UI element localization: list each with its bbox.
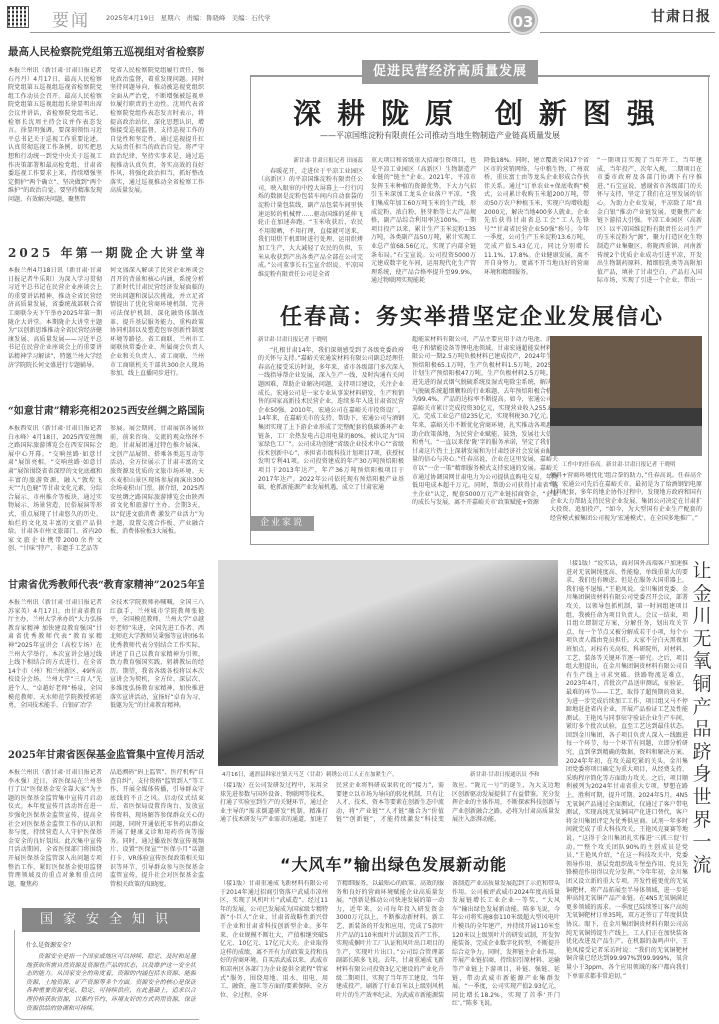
photo-caption: 工作中的任春高。新甘肃·甘肃日报记者 于晓明	[562, 460, 676, 468]
article-col: 参展。展会期间，甘肃展馆各展位前，前来咨询、交流的观众络绎不绝。甘肃展团通过特色…	[110, 425, 204, 567]
article-tourism-expo: “如意甘肃”精彩亮相2025西安丝绸之路国际旅游博览会 本报西安讯（新甘肃·甘肃…	[8, 402, 204, 567]
date: 2025年4月19日	[106, 14, 154, 22]
article-procuratorate: 最高人民检察院党组第五巡视组对省检察院党组开展巡视 本报兰州讯（新甘肃·甘肃日报…	[8, 44, 204, 219]
entrepreneur-tag: 企业家说	[250, 516, 314, 531]
feature-subtitle: ——平凉国维淀粉有限责任公司推动当地生物制造产业链高质量发展	[320, 130, 560, 141]
designer: 美编：石代学	[232, 14, 271, 22]
article-col: 何文盛深入解读了民营企业座谈会召开的背景和核心内涵，系统分析了新时代甘肃民营经济…	[110, 267, 204, 395]
article-col: 超能炭材料有限公司，产品主要应用于动力电池、消费电子和储能设备等锂电池领域。甘肃…	[412, 336, 558, 542]
feature-body: 新甘肃·甘肃日报记者 田丽蕊 春暖花开，走进位于平凉工业园区（高新区）的平凉国维…	[258, 157, 702, 285]
article-title: 最高人民检察院党组第五巡视组对省检察院党组开展巡视	[8, 44, 204, 59]
national-security-qa: 什么是资源安全？ 资源安全是指一个国家或地区可以持续、稳定、及时和足量地获取所需…	[26, 940, 196, 1013]
page-header: 要闻 2025年4月19日 星期六 责编：鲁晓峰 美编：石代学 03 甘肃日报	[0, 0, 719, 34]
article-col: 本报兰州4月18日讯（新甘肃·甘肃日报记者牛乐阳）为深入学习贯彻习近平总书记在民…	[8, 267, 102, 395]
middle-text: （接1版）在公司发研发过程中，采用全球先进参数与国外设备、物联网等技术，打通了实…	[220, 782, 560, 824]
article-col: “一期项目实现了当年开工、当年建成、当年投产、次年入规，二期项目在市委市政府及各…	[597, 157, 702, 285]
masthead-logo: 甘肃日报	[651, 6, 711, 26]
date-line: 2025年4月19日 星期六 责编：鲁晓峰 美编：石代学	[106, 13, 271, 22]
renchungao-photo	[550, 336, 702, 456]
article-col: 本报西安讯（新甘肃·甘肃日报记者白永峰）4月18日，2025西安丝绸之路国际旅游…	[8, 425, 102, 567]
article-col: 本报兰州讯（新甘肃·甘肃日报记者苏家英）4月17日，由甘肃省教育厅主办、兰州大学…	[8, 599, 102, 724]
renchungao-body: 新甘肃·甘肃日报记者 于晓明 “扎根甘肃14年，我们深刻感受到了各级党委政府的关…	[258, 336, 558, 542]
article-col: 品追溯码“码上监管”、医疗机构“自查自纠”、支付资格“监管到人”等工作，开展全媒…	[110, 769, 204, 903]
factory-photo	[218, 560, 558, 766]
national-security-banner: 国家安全知识问答	[22, 908, 200, 932]
renchungao-col3: 倾斜+营商环境优化’组合拳的助力，”任春高说。任春高介绍，宏通公司先后在嘉峪关市…	[550, 472, 702, 538]
jinchuan-vertical-title: 让金川无氧铜产品跻身世界一流	[690, 560, 714, 876]
editor: 责编：鲁晓峰	[186, 14, 225, 22]
article-col: 新甘肃·甘肃日报记者 田丽蕊 春暖花开，走进位于平凉工业园区（高新区）的平凉国维…	[258, 157, 363, 285]
article-lecture: 2025 年第一期陇企大讲堂举办 本报兰州4月18日讯（新甘肃·甘肃日报记者牛乐…	[8, 244, 204, 395]
article-title: 2025年甘肃省医保基金监管集中宣传月活动举行	[8, 746, 204, 761]
header-rule-left	[30, 32, 510, 33]
article-col: 全技术学院教师孙喊喊，全国三八红旗手、兰州城市学院教师张艳平，全国模范教师、兰州…	[110, 599, 204, 724]
header-rule-right	[540, 32, 715, 33]
byline: 新甘肃·甘肃日报记者 于晓明	[258, 336, 404, 345]
factory-credit: 新甘肃·甘肃日报通讯员 李和	[470, 770, 540, 778]
renchungao-title: 任春高：务实举措坚定企业发展信心	[280, 300, 664, 331]
article-title: 2025 年第一期陇企大讲堂举办	[8, 244, 204, 261]
windmill-title: “大风车”输出绿色发展新动能	[280, 852, 507, 875]
feature-kicker: 促进民营经济高质量发展	[362, 60, 538, 84]
windmill-body: （接1版）甘肃重通成飞新材料有限公司于2014年通过招商引资落户武威市凉州区，实…	[220, 880, 560, 1020]
jinchuan-article: （接1版）“说实话，面对国外高端客户加速推进对无氧铜纯度高、性能稳、单线重量大的…	[566, 560, 688, 1020]
feature-title: 深耕陇原 创新图强	[262, 92, 702, 132]
weekday: 星期六	[161, 14, 181, 22]
article-medical-insurance: 2025年甘肃省医保基金监管集中宣传月活动举行 本报兰州讯（新甘肃·甘肃日报记者…	[8, 746, 204, 903]
article-col: 本报兰州讯（新甘肃·甘肃日报记者李永强）近日，省医保局在兰州举行了以“医保基金安…	[8, 769, 102, 903]
page-number: 03	[509, 6, 537, 34]
article-title: 甘肃省优秀教师代表“教育家精神”2025年宣讲会举行	[8, 576, 204, 591]
answer: 资源安全是指一个国家或地区可以持续、稳定、及时和足量地获取所需自然资源及资源性产…	[26, 953, 196, 1013]
section-label: 要闻	[52, 6, 90, 31]
article-col: 新甘肃·甘肃日报记者 于晓明 “扎根甘肃14年，我们深刻感受到了各级党委政府的关…	[258, 336, 404, 542]
byline: 新甘肃·甘肃日报记者 田丽蕊	[258, 157, 363, 166]
article-col: 党省人民检察院党组履行责任，强化政治监督，着重发现问题。同时坚持问题导向，推动被…	[110, 67, 204, 219]
article-col: 降低18%。同时，建立覆盖全国17个省区市的营销网络，与中粮生物、广州双桥、重庆…	[484, 157, 589, 285]
question: 什么是资源安全？	[26, 940, 196, 949]
article-col: 本报兰州讯（新甘肃·甘肃日报记者石丹丹）4月17日，最高人民检察院党组第五巡视组…	[8, 67, 102, 219]
qr-code-icon	[8, 7, 28, 27]
factory-caption: 4月16日，通渭县韩家庄镇天马芝（甘肃）刺绣公司工人正在加紧生产。	[222, 770, 398, 778]
article-teachers: 甘肃省优秀教师代表“教育家精神”2025年宣讲会举行 本报兰州讯（新甘肃·甘肃日…	[8, 576, 204, 724]
article-col: 重大项目和省级重大招商引资项目，也是平凉工业园区（高新区）生物制造产业链的“链主…	[371, 157, 476, 285]
article-title: “如意甘肃”精彩亮相2025西安丝绸之路国际旅游博览会	[8, 402, 204, 417]
